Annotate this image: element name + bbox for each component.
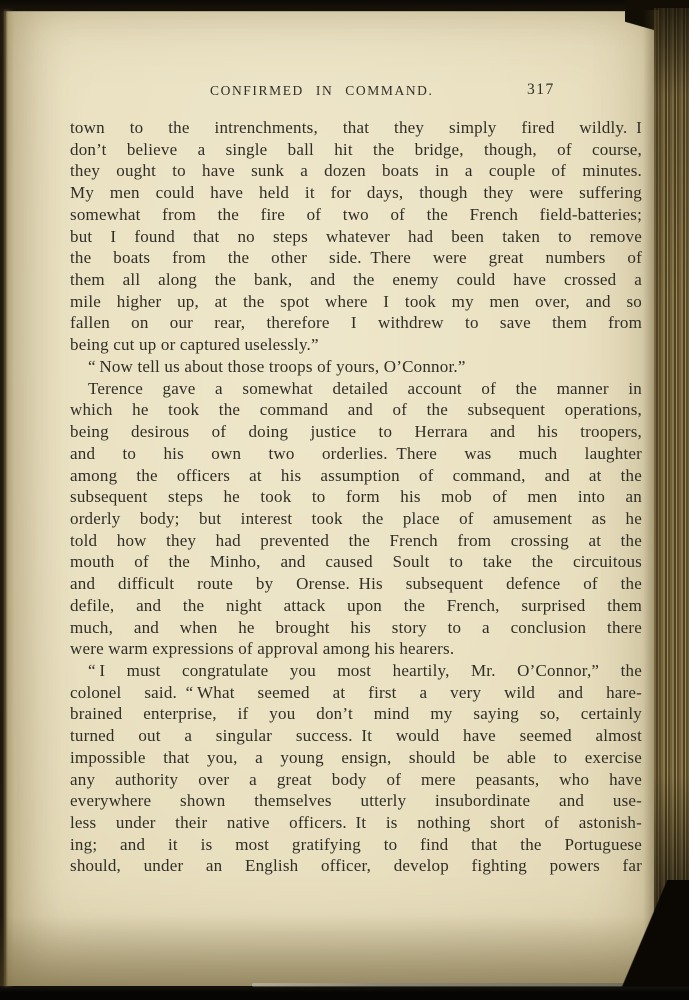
paragraph: “ I must congratulate you most heartily,… bbox=[70, 660, 642, 877]
text-line: should, under an English officer, develo… bbox=[70, 855, 642, 877]
paragraph: “ Now tell us about those troops of your… bbox=[70, 356, 642, 378]
text-line: somewhat from the fire of two of the Fre… bbox=[70, 204, 642, 226]
text-line: being cut up or captured uselessly.” bbox=[70, 334, 642, 356]
text-line: they ought to have sunk a dozen boats in… bbox=[70, 160, 642, 182]
text-line: mile higher up, at the spot where I took… bbox=[70, 291, 642, 313]
text-line: town to the intrenchments, that they sim… bbox=[70, 117, 642, 139]
running-title: CONFIRMED IN COMMAND. bbox=[210, 83, 434, 99]
page-stack-shading bbox=[654, 8, 689, 990]
paragraph: town to the intrenchments, that they sim… bbox=[70, 117, 642, 356]
text-line: the boats from the other side. There wer… bbox=[70, 247, 642, 269]
text-line: mouth of the Minho, and caused Soult to … bbox=[70, 551, 642, 573]
text-line: being desirous of doing justice to Herra… bbox=[70, 421, 642, 443]
text-line: “ I must congratulate you most heartily,… bbox=[70, 660, 642, 682]
text-line: which he took the command and of the sub… bbox=[70, 399, 642, 421]
bottom-right-corner-shadow bbox=[609, 880, 689, 1000]
text-line: brained enterprise, if you don’t mind my… bbox=[70, 703, 642, 725]
body-text: town to the intrenchments, that they sim… bbox=[70, 117, 642, 877]
top-scan-edge bbox=[0, 0, 689, 12]
bottom-scan-edge bbox=[0, 986, 689, 1000]
left-binding-edge bbox=[0, 0, 14, 1000]
text-line: fallen on our rear, therefore I withdrew… bbox=[70, 312, 642, 334]
text-line: colonel said. “ What seemed at first a v… bbox=[70, 682, 642, 704]
right-page-curl-shadow bbox=[643, 10, 659, 988]
text-line: much, and when he brought his story to a… bbox=[70, 617, 642, 639]
text-line: and difficult route by Orense. His subse… bbox=[70, 573, 642, 595]
book-page-scan: CONFIRMED IN COMMAND. 317 town to the in… bbox=[0, 0, 689, 1000]
text-line: ing; and it is most gratifying to find t… bbox=[70, 834, 642, 856]
bottom-page-shadow bbox=[0, 916, 689, 986]
text-line: any authority over a great body of mere … bbox=[70, 769, 642, 791]
paragraph: Terence gave a somewhat detailed account… bbox=[70, 378, 642, 660]
text-line: less under their native officers. It is … bbox=[70, 812, 642, 834]
text-line: My men could have held it for days, thou… bbox=[70, 182, 642, 204]
text-line: Terence gave a somewhat detailed account… bbox=[70, 378, 642, 400]
text-line: among the officers at his assumption of … bbox=[70, 465, 642, 487]
text-line: defile, and the night attack upon the Fr… bbox=[70, 595, 642, 617]
text-line: them all along the bank, and the enemy c… bbox=[70, 269, 642, 291]
page-stack-fore-edge bbox=[654, 8, 689, 990]
text-line: turned out a singular success. It would … bbox=[70, 725, 642, 747]
text-line: impossible that you, a young ensign, sho… bbox=[70, 747, 642, 769]
text-line: orderly body; but interest took the plac… bbox=[70, 508, 642, 530]
running-head: CONFIRMED IN COMMAND. 317 bbox=[70, 83, 642, 103]
text-line: were warm expressions of approval among … bbox=[70, 638, 642, 660]
page-number: 317 bbox=[527, 81, 555, 99]
text-line: told how they had prevented the French f… bbox=[70, 530, 642, 552]
text-line: but I found that no steps whatever had b… bbox=[70, 226, 642, 248]
text-line: subsequent steps he took to form his mob… bbox=[70, 486, 642, 508]
text-line: “ Now tell us about those troops of your… bbox=[70, 356, 642, 378]
text-line: don’t believe a single ball hit the brid… bbox=[70, 139, 642, 161]
text-line: and to his own two orderlies. There was … bbox=[70, 443, 642, 465]
text-line: everywhere shown themselves utterly insu… bbox=[70, 790, 642, 812]
